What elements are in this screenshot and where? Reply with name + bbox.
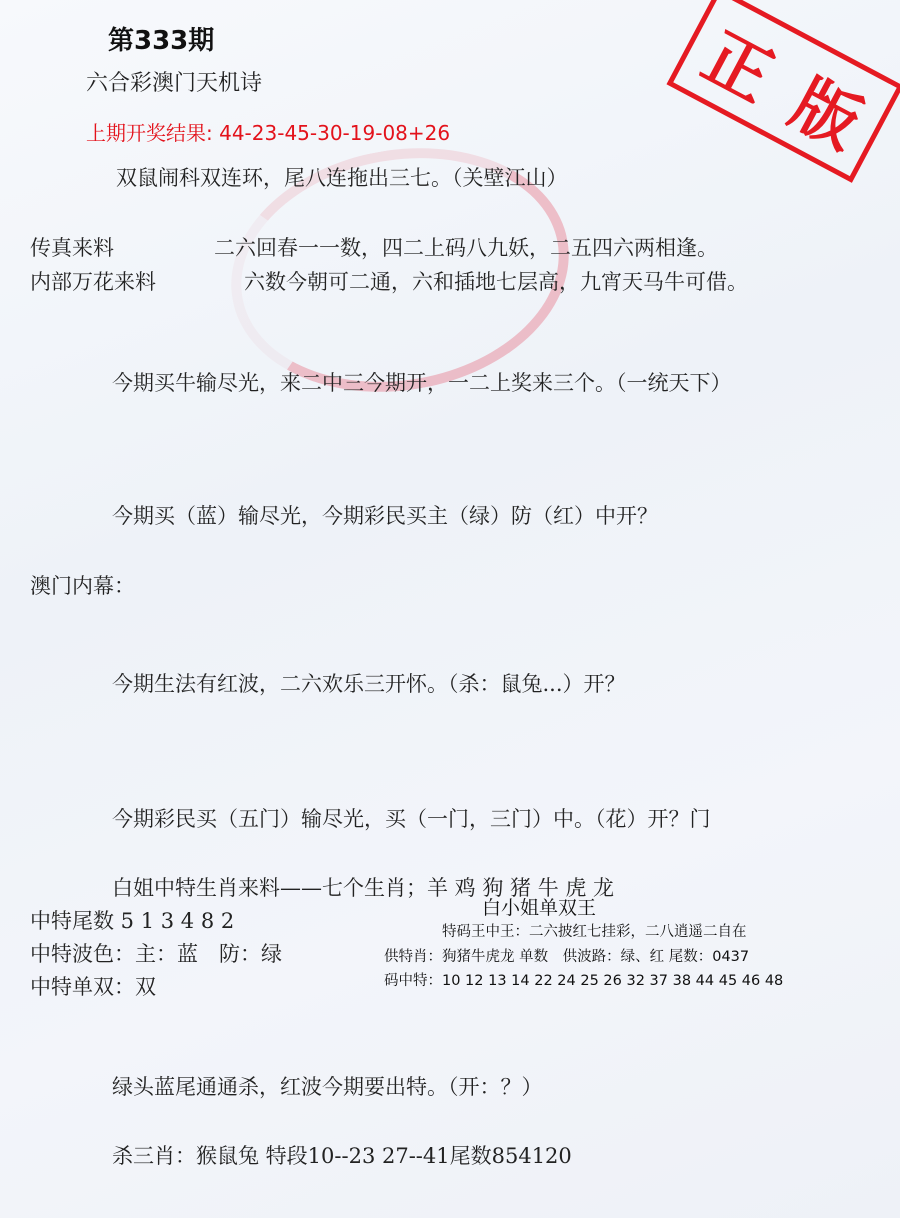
stamp-char-2: 版	[778, 51, 881, 166]
stamp-char-1: 正	[689, 4, 792, 119]
box-row-3: 码中特：10 12 13 14 22 24 25 26 32 37 38 44 …	[384, 969, 783, 990]
text-line-3: 今期生法有红波，二六欢乐三开怀。（杀：鼠兔...）开？	[112, 668, 626, 698]
tail-numbers: 中特尾数 5 1 3 4 8 2	[30, 905, 234, 935]
authentic-stamp: 正 版	[666, 0, 900, 183]
box-title: 白小姐单双王	[482, 893, 596, 920]
text-line-2: 今期买（蓝）输尽光，今期彩民买主（绿）防（红）中开？	[112, 500, 658, 530]
box-row-1: 特码王中王：二六披红七挂彩，二八逍遥二自在	[442, 920, 747, 941]
fax-text: 二六回春一一数，四二上码八九妖，二五四六两相逢。	[214, 232, 718, 262]
box-row-2: 供特肖：狗猪牛虎龙 单数 供波路：绿、红 尾数：0437	[384, 945, 749, 966]
issue-number: 第333期	[108, 20, 214, 57]
wave-color: 中特波色：主：蓝 防：绿	[30, 938, 282, 968]
text-line-4: 今期彩民买（五门）输尽光，买（一门，三门）中。（花）开？门	[112, 803, 711, 833]
text-line-7: 杀三肖：猴鼠兔 特段10--23 27--41尾数854120	[112, 1140, 572, 1170]
odd-even: 中特单双：双	[30, 971, 156, 1001]
last-draw-result: 上期开奖结果: 44-23-45-30-19-08+26	[86, 117, 450, 146]
last-result-label: 上期开奖结果:	[86, 121, 213, 145]
text-line-1: 今期买牛输尽光，来二中三今期开，一二上奖来三个。（一统天下）	[112, 367, 732, 397]
page-subtitle: 六合彩澳门天机诗	[86, 66, 262, 97]
poem-line: 双鼠闹科双连环，尾八连拖出三七。（关壁江山）	[116, 162, 568, 192]
text-line-6: 绿头蓝尾通通杀，红波今期要出特。（开：？）	[112, 1071, 543, 1101]
macau-label: 澳门内幕：	[30, 570, 135, 600]
inner-label: 内部万花来料	[30, 266, 156, 296]
inner-text: 六数今朝可二通，六和插地七层高，九宵天马牛可借。	[244, 266, 748, 296]
fax-label: 传真来料	[30, 232, 114, 262]
last-result-numbers: 44-23-45-30-19-08+26	[219, 121, 450, 145]
